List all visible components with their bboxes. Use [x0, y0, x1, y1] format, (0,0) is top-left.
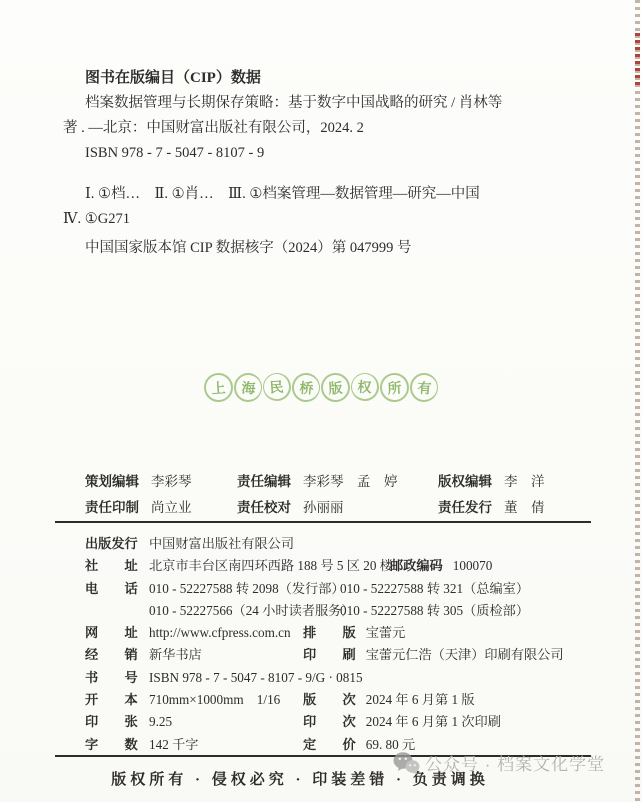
cip-block: 图书在版编目（CIP）数据 档案数据管理与长期保存策略：基于数字中国战略的研究 … — [63, 66, 593, 261]
colophon-label: 出版发行 — [85, 533, 143, 555]
credit-value: 孙丽丽 — [303, 500, 344, 515]
colophon-row: 010 - 52227566（24 小时读者服务） 010 - 52227588… — [85, 600, 605, 622]
colophon-value: 710mm×1000mm 1/16 — [149, 692, 280, 707]
stamp-char: 所 — [379, 372, 410, 403]
colophon-value: 010 - 52227588 转 2098（发行部） — [149, 581, 345, 596]
colophon-right-group: 排 版宝蕾元 — [303, 622, 405, 644]
colophon-label: 电 话 — [85, 578, 143, 600]
stamp-char: 版 — [320, 372, 351, 403]
stamp-char: 海 — [233, 372, 262, 402]
credit-label: 责任印制 — [85, 500, 139, 515]
colophon-label: 印 张 — [85, 711, 143, 733]
colophon-right-group: 010 - 52227588 转 321（总编室） — [340, 578, 529, 600]
colophon-value: 2024 年 6 月第 1 版 — [366, 692, 475, 707]
colophon-row: 电 话010 - 52227588 转 2098（发行部） 010 - 5222… — [85, 578, 605, 600]
watermark: 公众号 · 档案文化学堂 — [393, 750, 605, 775]
colophon-right-group: 印 刷宝蕾元仁浩（天津）印刷有限公司 — [303, 644, 564, 666]
colophon-value: 2024 年 6 月第 1 次印刷 — [366, 714, 501, 729]
cip-classification-line2: Ⅳ. ①G271 — [63, 207, 593, 232]
colophon-row: 网 址http://www.cfpress.com.cn 排 版宝蕾元 — [85, 622, 605, 644]
copyright-stamp-row: 上 海 民 桥 版 权 所 有 — [0, 373, 642, 402]
copyright-page: 图书在版编目（CIP）数据 档案数据管理与长期保存策略：基于数字中国战略的研究 … — [0, 0, 642, 802]
colophon-value: 中国财富出版社有限公司 — [149, 536, 294, 551]
stamp-char: 有 — [409, 372, 438, 402]
colophon-value: 142 千字 — [149, 737, 198, 752]
colophon-label: 邮政编码 — [390, 555, 443, 577]
colophon-value: 010 - 52227588 转 305（质检部） — [340, 603, 529, 618]
stamp-char: 民 — [262, 372, 292, 402]
colophon-row: 出版发行中国财富出版社有限公司 — [85, 533, 605, 555]
wechat-icon — [393, 751, 420, 775]
credit-item: 责任校对孙丽丽 — [237, 496, 344, 516]
colophon-label: 定 价 — [303, 734, 356, 756]
colophon-label: 印 次 — [303, 711, 356, 733]
colophon-row: 社 址北京市丰台区南四环西路 188 号 5 区 20 楼 邮政编码100070 — [85, 555, 605, 577]
colophon-row: 经 销新华书店 印 刷宝蕾元仁浩（天津）印刷有限公司 — [85, 644, 605, 666]
colophon-right-group: 010 - 52227588 转 305（质检部） — [340, 600, 529, 622]
credit-value: 李彩琴 — [151, 474, 192, 489]
credit-item: 责任印制尚立业 — [85, 496, 192, 516]
colophon-value: 宝蕾元 — [366, 625, 406, 640]
colophon-value: 9.25 — [149, 714, 172, 729]
colophon-row: 开 本710mm×1000mm 1/16 版 次2024 年 6 月第 1 版 — [85, 689, 605, 711]
colophon-label: 字 数 — [85, 734, 143, 756]
colophon-row: 印 张9.25 印 次2024 年 6 月第 1 次印刷 — [85, 711, 605, 733]
colophon-value: 010 - 52227566（24 小时读者服务） — [149, 603, 355, 618]
credit-item: 责任编辑李彩琴 孟 婷 — [237, 470, 398, 490]
stamp-char: 权 — [350, 372, 379, 401]
page-edge-texture — [635, 0, 640, 802]
cip-isbn: ISBN 978 - 7 - 5047 - 8107 - 9 — [85, 141, 593, 166]
credit-item: 版权编辑李 洋 — [438, 470, 545, 490]
credit-label: 策划编辑 — [85, 474, 139, 489]
colophon-value: ISBN 978 - 7 - 5047 - 8107 - 9/G · 0815 — [149, 670, 363, 685]
credit-value: 董 倩 — [504, 500, 545, 515]
credit-item: 责任发行董 倩 — [438, 496, 545, 516]
colophon-value: 100070 — [453, 558, 493, 573]
cip-heading: 图书在版编目（CIP）数据 — [85, 66, 593, 91]
colophon-value: 010 - 52227588 转 321（总编室） — [340, 581, 529, 596]
colophon-label: 版 次 — [303, 689, 356, 711]
colophon-value: 北京市丰台区南四环西路 188 号 5 区 20 楼 — [149, 558, 393, 573]
cip-title-line: 档案数据管理与长期保存策略：基于数字中国战略的研究 / 肖林等 — [85, 91, 593, 116]
colophon-value: 新华书店 — [149, 647, 202, 662]
credits-row: 责任印制尚立业 责任校对孙丽丽 责任发行董 倩 — [85, 496, 605, 522]
colophon-right-group: 版 次2024 年 6 月第 1 版 — [303, 689, 475, 711]
credit-label: 版权编辑 — [438, 474, 492, 489]
colophon-right-group: 邮政编码100070 — [390, 555, 492, 577]
credits-row: 策划编辑李彩琴 责任编辑李彩琴 孟 婷 版权编辑李 洋 — [85, 470, 605, 496]
colophon-value: 宝蕾元仁浩（天津）印刷有限公司 — [366, 647, 564, 662]
colophon: 出版发行中国财富出版社有限公司 社 址北京市丰台区南四环西路 188 号 5 区… — [85, 533, 605, 756]
credit-label: 责任编辑 — [237, 474, 291, 489]
page-edge-red-mark — [635, 33, 640, 85]
colophon-label: 书 号 — [85, 667, 143, 689]
credit-label: 责任发行 — [438, 500, 492, 515]
colophon-value: http://www.cfpress.com.cn — [149, 625, 291, 640]
colophon-row: 书 号ISBN 978 - 7 - 5047 - 8107 - 9/G · 08… — [85, 667, 605, 689]
credit-label: 责任校对 — [237, 500, 291, 515]
watermark-text: 公众号 · 档案文化学堂 — [425, 750, 605, 775]
cip-publisher-line: 著 . —北京：中国财富出版社有限公司，2024. 2 — [63, 116, 593, 141]
colophon-label: 经 销 — [85, 644, 143, 666]
stamp-char: 上 — [203, 372, 234, 403]
stamp-char: 桥 — [291, 372, 320, 402]
colophon-label: 社 址 — [85, 555, 143, 577]
cip-classification-line1: Ⅰ. ①档… Ⅱ. ①肖… Ⅲ. ①档案管理—数据管理—研究—中国 — [85, 182, 593, 207]
cip-record-number: 中国国家版本馆 CIP 数据核字（2024）第 047999 号 — [85, 236, 593, 261]
editor-credits: 策划编辑李彩琴 责任编辑李彩琴 孟 婷 版权编辑李 洋 责任印制尚立业 责任校对… — [85, 470, 605, 522]
credit-value: 李彩琴 孟 婷 — [303, 474, 398, 489]
colophon-label: 网 址 — [85, 622, 143, 644]
credit-item: 策划编辑李彩琴 — [85, 470, 192, 490]
colophon-label: 印 刷 — [303, 644, 356, 666]
colophon-label: 排 版 — [303, 622, 356, 644]
divider-rule-top — [55, 521, 591, 523]
colophon-right-group: 印 次2024 年 6 月第 1 次印刷 — [303, 711, 501, 733]
credit-value: 尚立业 — [151, 500, 192, 515]
credit-value: 李 洋 — [504, 474, 545, 489]
colophon-label: 开 本 — [85, 689, 143, 711]
